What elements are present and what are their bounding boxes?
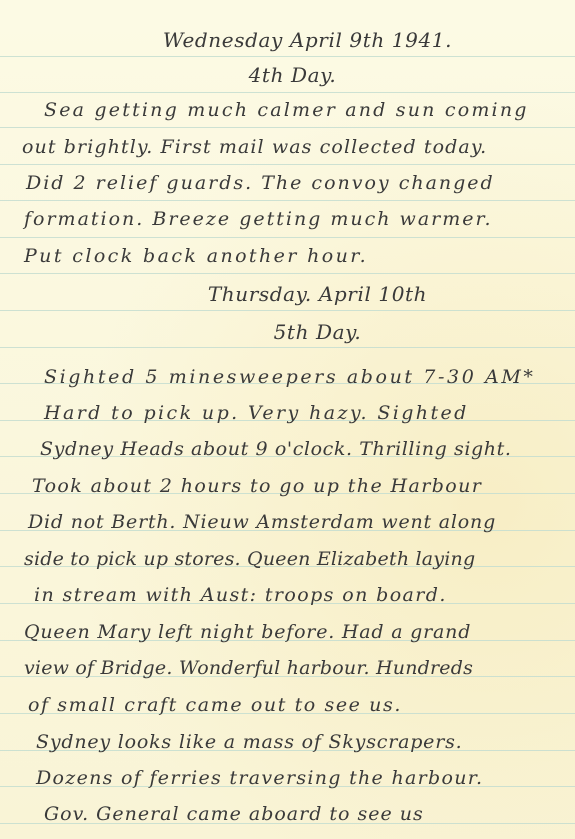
entry-text-line: Sighted 5 minesweepers about 7-30 AM* [44, 366, 536, 388]
entry-text-line: Hard to pick up. Very hazy. Sighted [44, 402, 469, 424]
entry-text-line: out brightly. First mail was collected t… [22, 136, 487, 158]
entry-text-line: Did not Berth. Nieuw Amsterdam went alon… [28, 511, 496, 533]
ruled-line [0, 200, 575, 201]
entry-text-line: in stream with Aust: troops on board. [34, 584, 447, 606]
ruled-line [0, 310, 575, 311]
ruled-line [0, 347, 575, 348]
entry-text-line: Took about 2 hours to go up the Harbour [32, 475, 482, 497]
ruled-line [0, 237, 575, 238]
diary-page: Wednesday April 9th 1941. 4th Day. Sea g… [0, 0, 575, 839]
entry-text-line: Put clock back another hour. [24, 245, 368, 267]
entry-text-line: Sydney looks like a mass of Skyscrapers. [36, 731, 462, 753]
entry-day-heading: 4th Day. [0, 63, 575, 87]
entry-day-heading: 5th Day. [0, 320, 575, 344]
entry-text-line: Sydney Heads about 9 o'clock. Thrilling … [40, 438, 512, 460]
entry-text-line: Queen Mary left night before. Had a gran… [24, 621, 471, 643]
entry-date-heading: Wednesday April 9th 1941. [0, 28, 575, 52]
entry-text-line: Did 2 relief guards. The convoy changed [26, 172, 495, 194]
ruled-line [0, 56, 575, 57]
entry-text-line: formation. Breeze getting much warmer. [24, 208, 493, 230]
ruled-line [0, 273, 575, 274]
ruled-line [0, 127, 575, 128]
entry-text-line: Dozens of ferries traversing the harbour… [36, 767, 483, 789]
ruled-line [0, 164, 575, 165]
ruled-line [0, 92, 575, 93]
entry-text-line: of small craft came out to see us. [28, 694, 402, 716]
entry-text-line: Sea getting much calmer and sun coming [44, 99, 529, 121]
entry-text-line: view of Bridge. Wonderful harbour. Hundr… [24, 657, 473, 679]
entry-text-line: side to pick up stores. Queen Elizabeth … [24, 548, 475, 570]
entry-date-heading: Thursday. April 10th [0, 282, 575, 306]
entry-text-line: Gov. General came aboard to see us [44, 803, 424, 825]
